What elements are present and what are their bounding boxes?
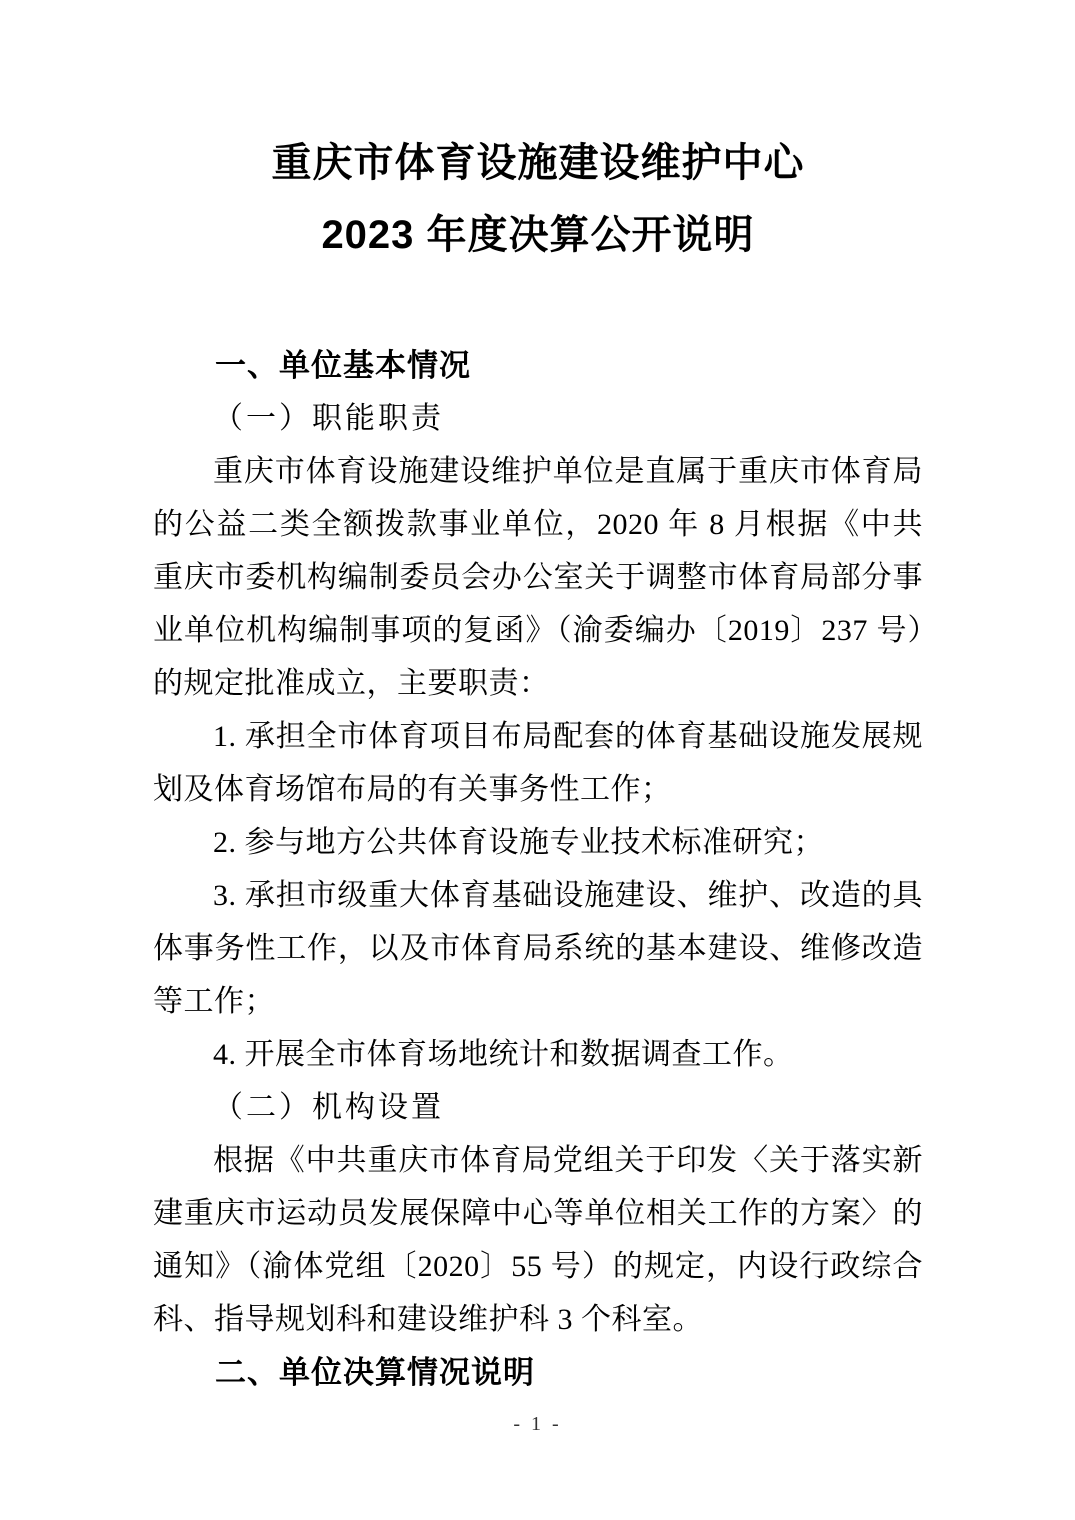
section-heading-final-accounts: 二、单位决算情况说明 — [153, 1346, 923, 1399]
paragraph-establishment: 重庆市体育设施建设维护单位是直属于重庆市体育局的公益二类全额拨款事业单位，202… — [153, 445, 923, 710]
title-line-2: 2023 年度决算公开说明 — [153, 199, 923, 271]
document-page: 重庆市体育设施建设维护中心 2023 年度决算公开说明 一、单位基本情况 （一）… — [0, 0, 1075, 1520]
paragraph-organization: 根据《中共重庆市体育局党组关于印发〈关于落实新建重庆市运动员发展保障中心等单位相… — [153, 1134, 923, 1346]
document-content: 重庆市体育设施建设维护中心 2023 年度决算公开说明 一、单位基本情况 （一）… — [0, 0, 1075, 1399]
subheading-functions-duties: （一）职能职责 — [153, 392, 923, 445]
paragraph-duty-3: 3. 承担市级重大体育基础设施建设、维护、改造的具体事务性工作，以及市体育局系统… — [153, 869, 923, 1028]
document-title: 重庆市体育设施建设维护中心 2023 年度决算公开说明 — [153, 127, 923, 271]
paragraph-duty-2: 2. 参与地方公共体育设施专业技术标准研究； — [153, 816, 923, 869]
paragraph-duty-1: 1. 承担全市体育项目布局配套的体育基础设施发展规划及体育场馆布局的有关事务性工… — [153, 710, 923, 816]
subheading-organization-setup: （二）机构设置 — [153, 1081, 923, 1134]
paragraph-duty-4: 4. 开展全市体育场地统计和数据调查工作。 — [153, 1028, 923, 1081]
page-number: - 1 - — [0, 1413, 1075, 1436]
title-line-1: 重庆市体育设施建设维护中心 — [153, 127, 923, 199]
section-heading-unit-basic-info: 一、单位基本情况 — [153, 339, 923, 392]
